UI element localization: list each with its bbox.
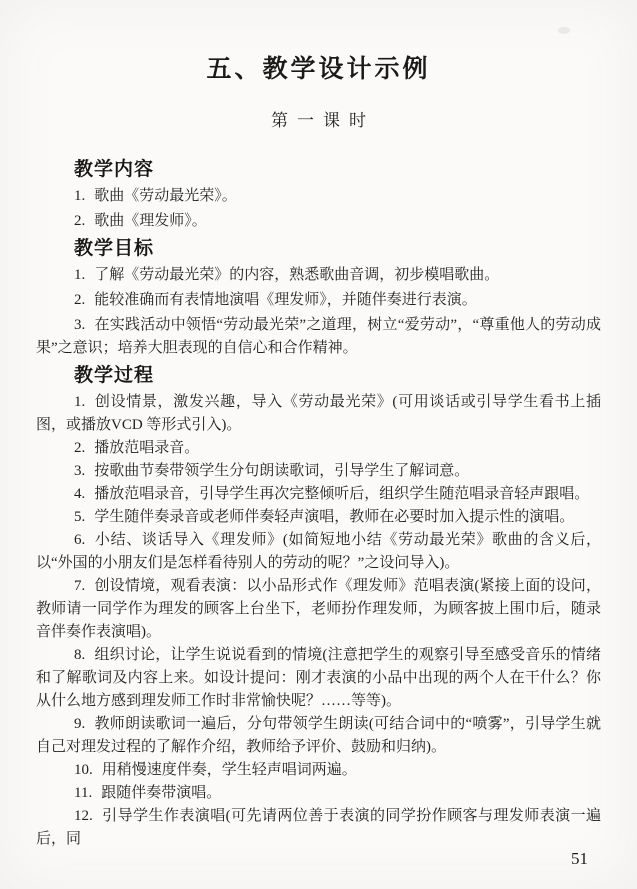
list-item: 11.跟随伴奏带演唱。 xyxy=(36,782,601,805)
list-item-text: 按歌曲节奏带领学生分句朗读歌词，引导学生了解词意。 xyxy=(94,463,469,479)
list-item: 8.组织讨论，让学生说说看到的情境(注意把学生的观察引导至感受音乐的情绪和了解歌… xyxy=(36,644,601,713)
section-heading-teaching-goals: 教学目标 xyxy=(74,237,601,261)
list-item: 1.了解《劳动最光荣》的内容，熟悉歌曲音调，初步模唱歌曲。 xyxy=(36,264,601,287)
page-title: 五、教学设计示例 xyxy=(36,54,601,86)
lesson-subtitle: 第一课时 xyxy=(36,110,601,132)
list-item: 10.用稍慢速度伴奏，学生轻声唱词两遍。 xyxy=(36,759,601,782)
list-item-number: 11. xyxy=(74,785,92,801)
list-item-text: 歌曲《理发师》。 xyxy=(94,213,207,229)
list-item-text: 小结、谈话导入《理发师》(如简短地小结《劳动最光荣》歌曲的含义后，以“外国的小朋… xyxy=(36,532,601,571)
list-item: 3.按歌曲节奏带领学生分句朗读歌词，引导学生了解词意。 xyxy=(36,460,601,483)
list-item: 9.教师朗读歌词一遍后，分句带领学生朗读(可结合词中的“喷雾”，引导学生就自己对… xyxy=(36,713,601,759)
list-item-number: 10. xyxy=(74,762,93,778)
list-item-number: 5. xyxy=(74,509,85,525)
list-item: 5.学生随伴奏录音或老师伴奏轻声演唱，教师在必要时加入提示性的演唱。 xyxy=(36,506,601,529)
list-item-number: 2. xyxy=(74,440,85,456)
list-item-number: 8. xyxy=(74,647,85,663)
page-number: 51 xyxy=(571,849,588,869)
list-item: 1.歌曲《劳动最光荣》。 xyxy=(36,185,601,208)
list-item: 4.播放范唱录音，引导学生再次完整倾听后，组织学生随范唱录音轻声跟唱。 xyxy=(36,483,601,506)
section-teaching-goals: 教学目标 1.了解《劳动最光荣》的内容，熟悉歌曲音调，初步模唱歌曲。 2.能较准… xyxy=(36,237,601,360)
list-item-text: 播放范唱录音，引导学生再次完整倾听后，组织学生随范唱录音轻声跟唱。 xyxy=(94,486,589,502)
list-item-number: 4. xyxy=(74,486,85,502)
list-item: 2.播放范唱录音。 xyxy=(36,437,601,460)
scan-artifact xyxy=(558,27,570,34)
section-heading-teaching-process: 教学过程 xyxy=(74,364,601,388)
list-item-number: 1. xyxy=(74,188,85,204)
list-item-text: 引导学生作表演唱(可先请两位善于表演的同学扮作顾客与理发师表演一遍后，同 xyxy=(36,808,601,847)
list-item-number: 2. xyxy=(74,213,85,229)
page-content: 五、教学设计示例 第一课时 教学内容 1.歌曲《劳动最光荣》。 2.歌曲《理发师… xyxy=(0,0,637,851)
list-item-number: 1. xyxy=(74,394,85,410)
list-item: 2.歌曲《理发师》。 xyxy=(36,210,601,233)
list-item-text: 歌曲《劳动最光荣》。 xyxy=(94,188,237,204)
list-item-number: 6. xyxy=(74,532,85,548)
list-item-number: 3. xyxy=(74,463,85,479)
section-heading-teaching-content: 教学内容 xyxy=(74,158,601,182)
list-item: 1.创设情景，激发兴趣，导入《劳动最光荣》(可用谈话或引导学生看书上插图，或播放… xyxy=(36,391,601,437)
list-item-text: 用稍慢速度伴奏，学生轻声唱词两遍。 xyxy=(102,762,357,778)
list-item-text: 能较准确而有表情地演唱《理发师》，并随伴奏进行表演。 xyxy=(94,292,477,308)
section-teaching-process: 教学过程 1.创设情景，激发兴趣，导入《劳动最光荣》(可用谈话或引导学生看书上插… xyxy=(36,364,601,851)
list-item-number: 2. xyxy=(74,292,85,308)
list-item-text: 学生随伴奏录音或老师伴奏轻声演唱，教师在必要时加入提示性的演唱。 xyxy=(94,509,574,525)
list-item: 7.创设情境，观看表演：以小品形式作《理发师》范唱表演(紧接上面的设问，教师请一… xyxy=(36,575,601,644)
list-item-number: 9. xyxy=(74,716,85,732)
section-teaching-content: 教学内容 1.歌曲《劳动最光荣》。 2.歌曲《理发师》。 xyxy=(36,158,601,233)
list-item-text: 创设情景，激发兴趣，导入《劳动最光荣》(可用谈话或引导学生看书上插图，或播放VC… xyxy=(36,394,601,433)
list-item-text: 组织讨论，让学生说说看到的情境(注意把学生的观察引导至感受音乐的情绪和了解歌词及… xyxy=(36,647,601,709)
list-item-number: 1. xyxy=(74,267,85,283)
list-item: 2.能较准确而有表情地演唱《理发师》，并随伴奏进行表演。 xyxy=(36,289,601,312)
list-item-number: 12. xyxy=(74,808,93,824)
list-item-number: 7. xyxy=(74,578,85,594)
list-item-text: 在实践活动中领悟“劳动最光荣”之道理，树立“爱劳动”，“尊重他人的劳动成果”之意… xyxy=(36,317,601,356)
list-item-text: 跟随伴奏带演唱。 xyxy=(101,785,221,801)
book-page: 五、教学设计示例 第一课时 教学内容 1.歌曲《劳动最光荣》。 2.歌曲《理发师… xyxy=(0,0,637,889)
list-item-text: 播放范唱录音。 xyxy=(94,440,199,456)
list-item-text: 了解《劳动最光荣》的内容，熟悉歌曲音调，初步模唱歌曲。 xyxy=(94,267,499,283)
list-item-text: 创设情境，观看表演：以小品形式作《理发师》范唱表演(紧接上面的设问，教师请一同学… xyxy=(36,578,601,640)
list-item-number: 3. xyxy=(74,317,85,333)
list-item: 12.引导学生作表演唱(可先请两位善于表演的同学扮作顾客与理发师表演一遍后，同 xyxy=(36,805,601,851)
list-item: 3.在实践活动中领悟“劳动最光荣”之道理，树立“爱劳动”，“尊重他人的劳动成果”… xyxy=(36,314,601,360)
list-item-text: 教师朗读歌词一遍后，分句带领学生朗读(可结合词中的“喷雾”，引导学生就自己对理发… xyxy=(36,716,601,755)
list-item: 6.小结、谈话导入《理发师》(如简短地小结《劳动最光荣》歌曲的含义后，以“外国的… xyxy=(36,529,601,575)
